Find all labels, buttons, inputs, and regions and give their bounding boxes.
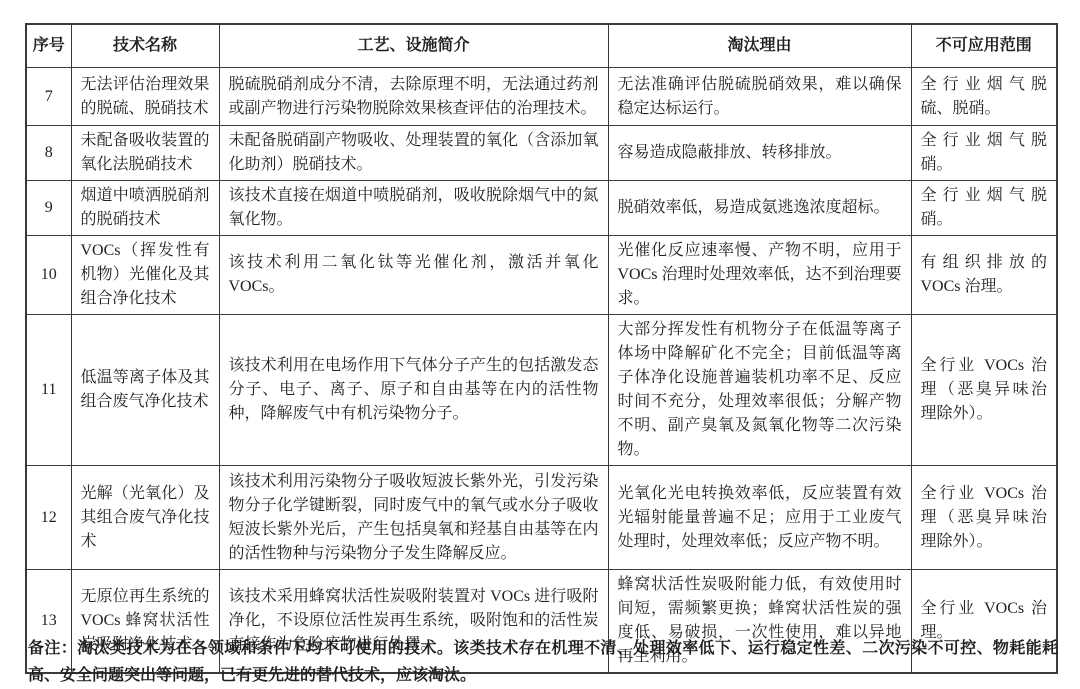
process-desc-cell: 该技术直接在烟道中喷脱硝剂，吸收脱除烟气中的氮氧化物。 <box>219 181 608 236</box>
column-header-reason: 淘汰理由 <box>608 24 911 68</box>
tech-name-cell: 未配备吸收装置的氧化法脱硝技术 <box>71 126 219 181</box>
table-row: 10 VOCs（挥发性有机物）光催化及其组合净化技术 该技术利用二氧化钛等光催化… <box>26 236 1057 315</box>
process-desc-cell: 该技术利用在电场作用下气体分子产生的包括激发态分子、电子、离子、原子和自由基等在… <box>219 315 608 466</box>
column-header-scope: 不可应用范围 <box>911 24 1057 68</box>
process-desc-cell: 该技术利用污染物分子吸收短波长紫外光，引发污染物分子化学键断裂，同时废气中的氧气… <box>219 466 608 570</box>
tech-name-cell: 无法评估治理效果的脱硫、脱硝技术 <box>71 68 219 126</box>
remarks-label: 备注： <box>28 640 77 657</box>
remarks-text: 淘汰类技术为在各领域和条件下均不可使用的技术。该类技术存在机理不清、处理效率低下… <box>28 640 1058 684</box>
tech-name-cell: VOCs（挥发性有机物）光催化及其组合净化技术 <box>71 236 219 315</box>
eliminated-technologies-table: 序号 技术名称 工艺、设施简介 淘汰理由 不可应用范围 7 无法评估治理效果的脱… <box>25 23 1058 674</box>
scope-cell: 有组织排放的 VOCs 治理。 <box>911 236 1057 315</box>
reason-cell: 容易造成隐蔽排放、转移排放。 <box>608 126 911 181</box>
column-header-name: 技术名称 <box>71 24 219 68</box>
reason-cell: 大部分挥发性有机物分子在低温等离子体场中降解矿化不完全；目前低温等离子体净化设施… <box>608 315 911 466</box>
reason-cell: 脱硝效率低，易造成氨逃逸浓度超标。 <box>608 181 911 236</box>
table-row: 9 烟道中喷洒脱硝剂的脱硝技术 该技术直接在烟道中喷脱硝剂，吸收脱除烟气中的氮氧… <box>26 181 1057 236</box>
process-desc-cell: 该技术利用二氧化钛等光催化剂，激活并氧化 VOCs。 <box>219 236 608 315</box>
document-page: 序号 技术名称 工艺、设施简介 淘汰理由 不可应用范围 7 无法评估治理效果的脱… <box>0 0 1080 679</box>
row-number-cell: 12 <box>26 466 71 570</box>
row-number-cell: 9 <box>26 181 71 236</box>
process-desc-cell: 未配备脱硝副产物吸收、处理装置的氧化（含添加氧化助剂）脱硝技术。 <box>219 126 608 181</box>
tech-name-cell: 烟道中喷洒脱硝剂的脱硝技术 <box>71 181 219 236</box>
reason-cell: 光氧化光电转换效率低，反应装置有效光辐射能量普遍不足；应用于工业废气处理时，处理… <box>608 466 911 570</box>
row-number-cell: 10 <box>26 236 71 315</box>
row-number-cell: 11 <box>26 315 71 466</box>
header-row: 序号 技术名称 工艺、设施简介 淘汰理由 不可应用范围 <box>26 24 1057 68</box>
scope-cell: 全行业 VOCs 治理（恶臭异味治理除外）。 <box>911 315 1057 466</box>
column-header-no: 序号 <box>26 24 71 68</box>
scope-cell: 全行业 VOCs 治理（恶臭异味治理除外）。 <box>911 466 1057 570</box>
table-row: 11 低温等离子体及其组合废气净化技术 该技术利用在电场作用下气体分子产生的包括… <box>26 315 1057 466</box>
scope-cell: 全行业烟气脱硝。 <box>911 126 1057 181</box>
scope-cell: 全行业烟气脱硫、脱硝。 <box>911 68 1057 126</box>
reason-cell: 光催化反应速率慢、产物不明，应用于 VOCs 治理时处理效率低，达不到治理要求。 <box>608 236 911 315</box>
tech-name-cell: 光解（光氧化）及其组合废气净化技术 <box>71 466 219 570</box>
tech-name-cell: 低温等离子体及其组合废气净化技术 <box>71 315 219 466</box>
process-desc-cell: 脱硫脱硝剂成分不清，去除原理不明，无法通过药剂或副产物进行污染物脱除效果核查评估… <box>219 68 608 126</box>
table-row: 8 未配备吸收装置的氧化法脱硝技术 未配备脱硝副产物吸收、处理装置的氧化（含添加… <box>26 126 1057 181</box>
row-number-cell: 7 <box>26 68 71 126</box>
row-number-cell: 8 <box>26 126 71 181</box>
column-header-desc: 工艺、设施简介 <box>219 24 608 68</box>
reason-cell: 无法准确评估脱硫脱硝效果，难以确保稳定达标运行。 <box>608 68 911 126</box>
eliminated-technologies-table-container: 序号 技术名称 工艺、设施简介 淘汰理由 不可应用范围 7 无法评估治理效果的脱… <box>25 23 1056 674</box>
remarks-footnote: 备注：淘汰类技术为在各领域和条件下均不可使用的技术。该类技术存在机理不清、处理效… <box>28 635 1058 689</box>
table-row: 12 光解（光氧化）及其组合废气净化技术 该技术利用污染物分子吸收短波长紫外光，… <box>26 466 1057 570</box>
table-row: 7 无法评估治理效果的脱硫、脱硝技术 脱硫脱硝剂成分不清，去除原理不明，无法通过… <box>26 68 1057 126</box>
scope-cell: 全行业烟气脱硝。 <box>911 181 1057 236</box>
